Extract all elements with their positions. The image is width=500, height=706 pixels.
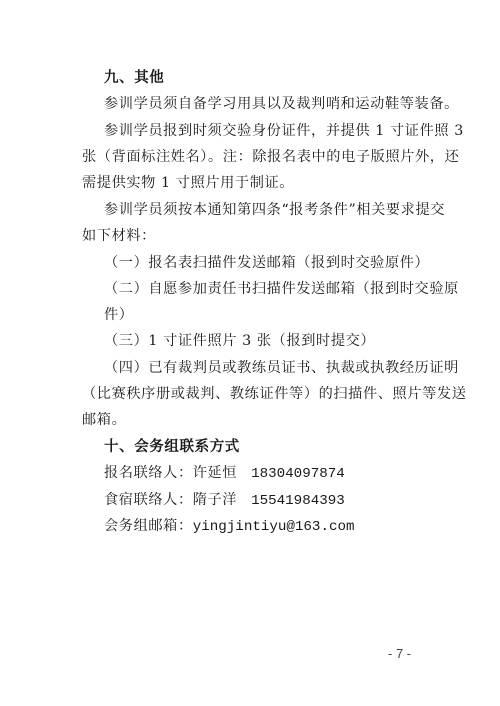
list-item: （四）已有裁判员或教练员证书、执裁或执教经历证明 <box>104 358 459 378</box>
paragraph-line: 参训学员报到时须交验身份证件，并提供 1 寸证件照 3 <box>104 121 464 141</box>
contact-label: 会务组邮箱： <box>104 518 193 534</box>
list-item: （三）1 寸证件照片 3 张（报到时提交） <box>104 331 375 351</box>
page-number: - 7 - <box>388 646 411 661</box>
contact-phone: 18304097874 <box>251 466 345 482</box>
email-address[interactable]: yingjintiyu@163.com <box>193 519 355 535</box>
contact-name: 隋子洋 <box>193 492 237 508</box>
contact-email: 会务组邮箱：yingjintiyu@163.com <box>104 516 355 537</box>
section-heading-other: 九、其他 <box>104 68 164 88</box>
section-heading-contacts: 十、会务组联系方式 <box>104 437 240 457</box>
contact-name: 许延恒 <box>193 465 237 481</box>
contact-label: 食宿联络人： <box>104 492 193 508</box>
list-item: （二）自愿参加责任书扫描件发送邮箱（报到时交验原 <box>104 279 459 299</box>
paragraph-line: 参训学员须自备学习用具以及裁判哨和运动鞋等装备。 <box>104 94 459 114</box>
paragraph-line: 如下材料： <box>82 226 156 246</box>
list-item-continuation: 邮箱。 <box>82 410 126 430</box>
list-item-continuation: 件） <box>104 305 134 325</box>
document-page: 九、其他 参训学员须自备学习用具以及裁判哨和运动鞋等装备。 参训学员报到时须交验… <box>0 0 500 706</box>
contact-registration: 报名联络人：许延恒18304097874 <box>104 463 345 484</box>
contact-label: 报名联络人： <box>104 465 193 481</box>
list-item-continuation: （比赛秩序册或裁判、教练证件等）的扫描件、照片等发送 <box>82 384 466 404</box>
contact-accommodation: 食宿联络人：隋子洋15541984393 <box>104 490 345 511</box>
list-item: （一）报名表扫描件发送邮箱（报到时交验原件） <box>104 253 429 273</box>
contact-phone: 15541984393 <box>251 493 345 509</box>
paragraph-line: 需提供实物 1 寸照片用于制证。 <box>82 173 294 193</box>
paragraph-line: 张（背面标注姓名）。注：除报名表中的电子版照片外，还 <box>82 147 459 167</box>
paragraph-line: 参训学员须按本通知第四条“报考条件”相关要求提交 <box>104 200 445 220</box>
